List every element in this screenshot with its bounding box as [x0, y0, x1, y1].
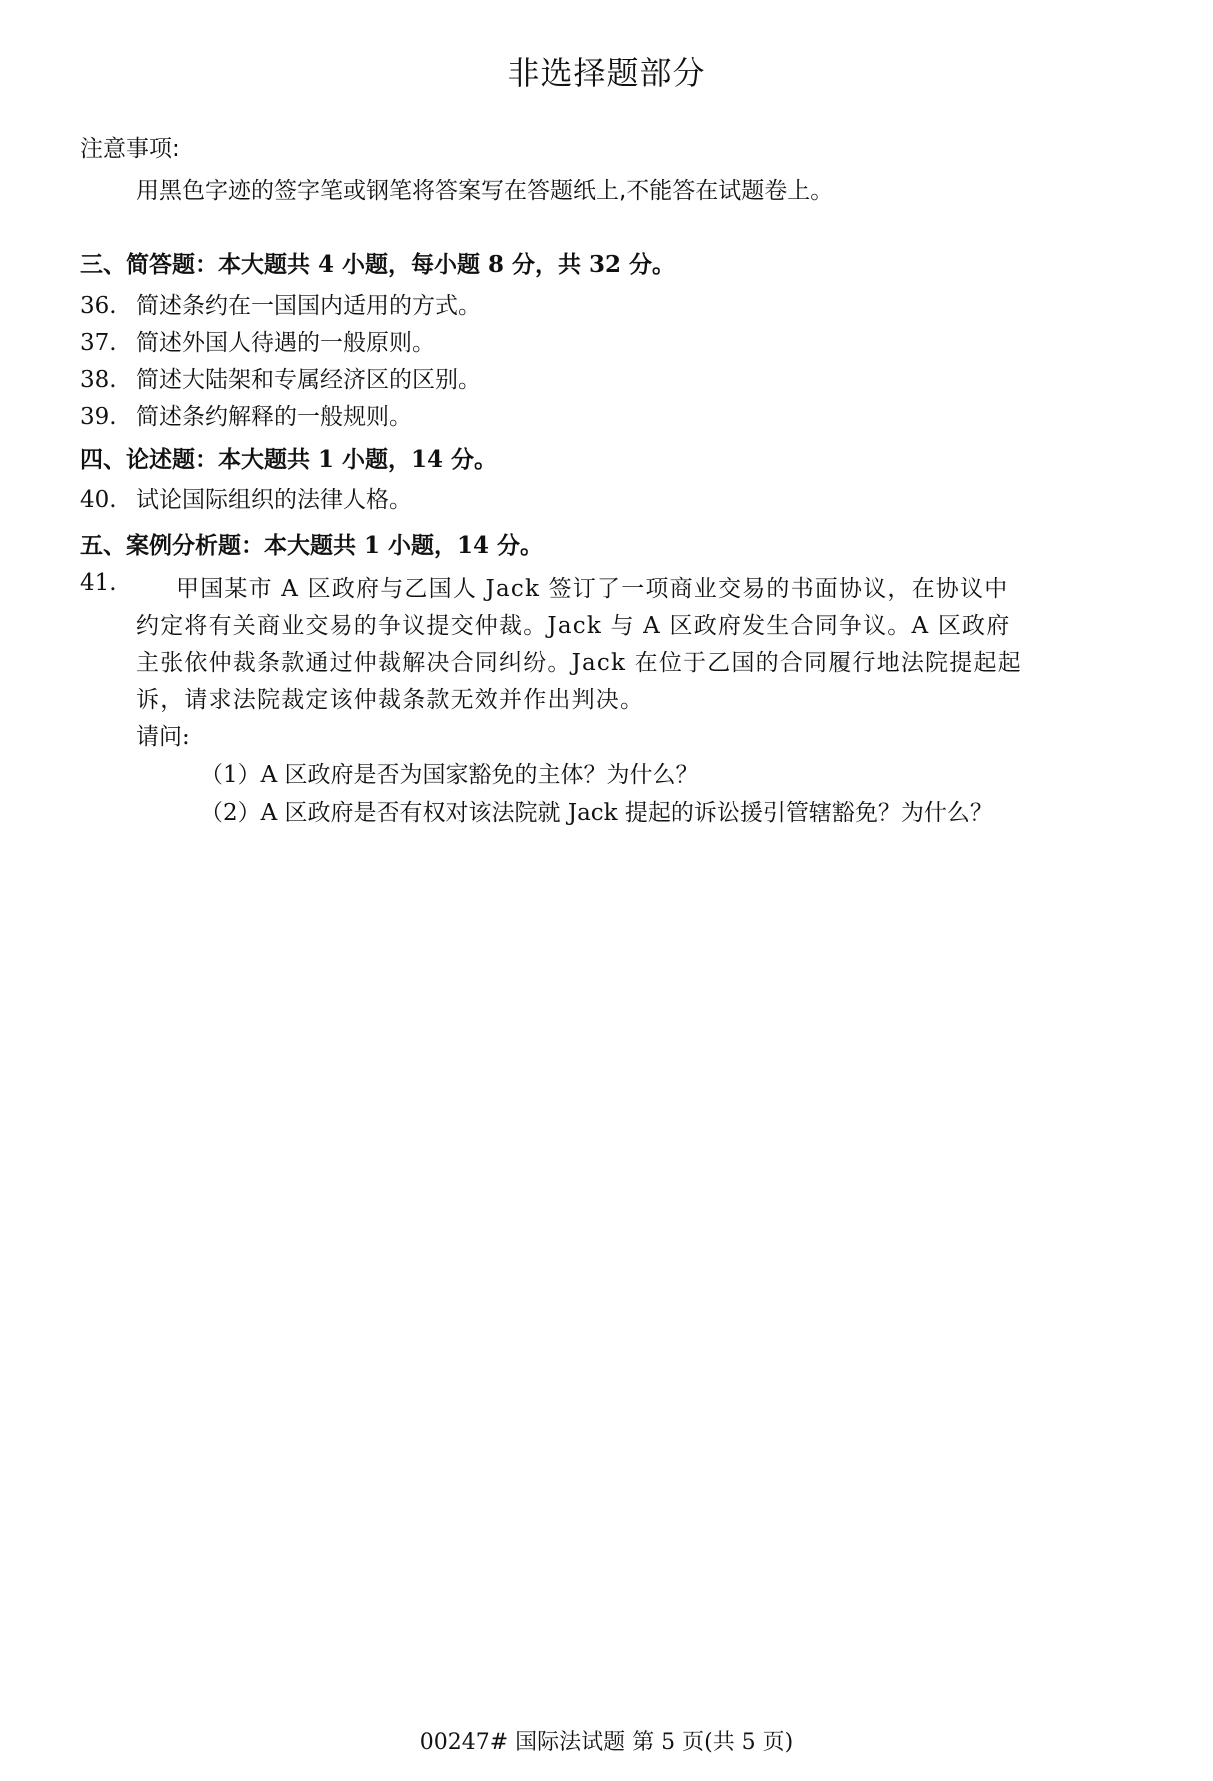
- page-footer: 00247# 国际法试题 第 5 页(共 5 页): [0, 1725, 1213, 1756]
- question-41-number: 41.: [80, 570, 117, 596]
- question-text: 简述外国人待遇的一般原则。: [136, 330, 435, 356]
- question-number: 36.: [80, 293, 136, 319]
- question-text: 试论国际组织的法律人格。: [136, 487, 412, 513]
- case-text-line-2: 约定将有关商业交易的争议提交仲裁。Jack 与 A 区政府发生合同争议。A 区政…: [136, 607, 1010, 640]
- case-text-line-3: 主张依仲裁条款通过仲裁解决合同纠纷。Jack 在位于乙国的合同履行地法院提起起: [136, 644, 1022, 677]
- question-37: 37.简述外国人待遇的一般原则。: [80, 324, 435, 357]
- subquestion-2: （2）A 区政府是否有权对该法院就 Jack 提起的诉讼援引管辖豁免？为什么？: [200, 794, 993, 827]
- question-number: 40.: [80, 487, 136, 513]
- page-title: 非选择题部分: [0, 48, 1213, 94]
- notice-text: 用黑色字迹的签字笔或钢笔将答案写在答题纸上,不能答在试题卷上。: [136, 172, 833, 205]
- section-heading-essay: 四、论述题：本大题共 1 小题，14 分。: [80, 441, 497, 474]
- question-number: 38.: [80, 367, 136, 393]
- question-39: 39.简述条约解释的一般规则。: [80, 398, 412, 431]
- case-ask-label: 请问:: [136, 718, 190, 751]
- section-heading-case-analysis: 五、案例分析题：本大题共 1 小题，14 分。: [80, 527, 543, 560]
- question-text: 简述大陆架和专属经济区的区别。: [136, 367, 481, 393]
- section-heading-short-answer: 三、简答题：本大题共 4 小题，每小题 8 分，共 32 分。: [80, 246, 675, 279]
- question-40: 40.试论国际组织的法律人格。: [80, 481, 412, 514]
- question-text: 简述条约解释的一般规则。: [136, 404, 412, 430]
- subquestion-1: （1）A 区政府是否为国家豁免的主体？为什么？: [200, 756, 699, 789]
- question-text: 简述条约在一国国内适用的方式。: [136, 293, 481, 319]
- question-36: 36.简述条约在一国国内适用的方式。: [80, 287, 481, 320]
- question-number: 39.: [80, 404, 136, 430]
- case-text-line-1: 甲国某市 A 区政府与乙国人 Jack 签订了一项商业交易的书面协议，在协议中: [176, 570, 1008, 603]
- question-number: 37.: [80, 330, 136, 356]
- question-38: 38.简述大陆架和专属经济区的区别。: [80, 361, 481, 394]
- notice-label: 注意事项:: [80, 130, 180, 163]
- case-text-line-4: 诉，请求法院裁定该仲裁条款无效并作出判决。: [136, 681, 644, 714]
